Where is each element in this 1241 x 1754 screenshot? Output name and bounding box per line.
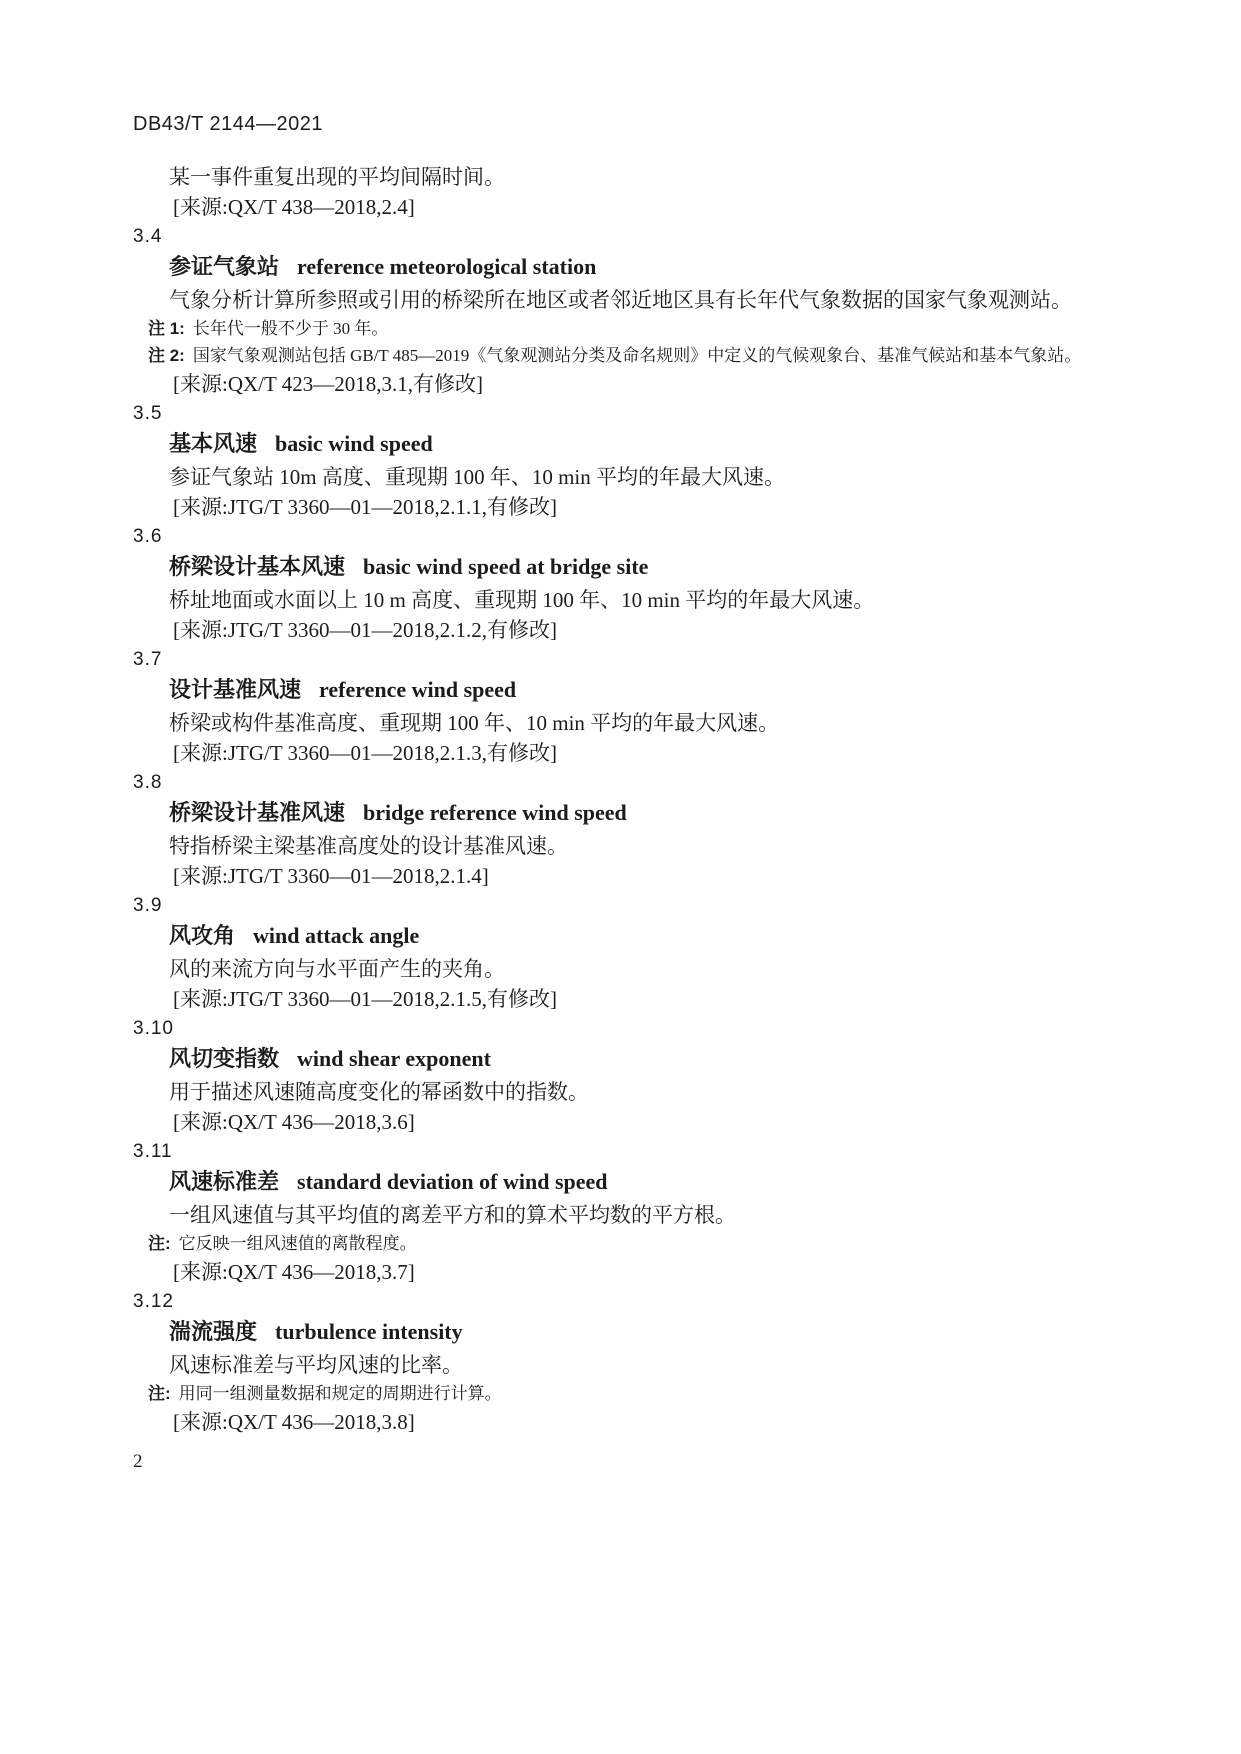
term-heading: 设计基准风速reference wind speed xyxy=(169,675,1133,708)
term-definition: 风速标准差与平均风速的比率。 xyxy=(169,1350,1133,1380)
term-english: wind attack angle xyxy=(253,923,419,948)
term-entry-3-12: 3.12 湍流强度turbulence intensity 风速标准差与平均风速… xyxy=(133,1287,1133,1437)
note-text: 它反映一组风速值的离散程度。 xyxy=(179,1234,417,1253)
clause-number: 3.4 xyxy=(133,222,1133,252)
note-text: 长年代一般不少于 30 年。 xyxy=(193,319,389,338)
term-entry-3-6: 3.6 桥梁设计基本风速basic wind speed at bridge s… xyxy=(133,522,1133,645)
clause-number: 3.8 xyxy=(133,768,1133,798)
intro-definition: 某一事件重复出现的平均间隔时间。 xyxy=(169,162,1133,192)
source-citation: [来源:QX/T 436—2018,3.6] xyxy=(173,1107,1133,1137)
page-number: 2 xyxy=(133,1449,1133,1475)
term-heading: 参证气象站reference meteorological station xyxy=(169,252,1133,285)
term-english: basic wind speed at bridge site xyxy=(363,554,648,579)
term-entry-3-11: 3.11 风速标准差standard deviation of wind spe… xyxy=(133,1137,1133,1287)
term-entry-3-8: 3.8 桥梁设计基准风速bridge reference wind speed … xyxy=(133,768,1133,891)
term-chinese: 风切变指数 xyxy=(169,1046,279,1071)
intro-source-citation: [来源:QX/T 438—2018,2.4] xyxy=(173,192,1133,222)
term-entry-3-7: 3.7 设计基准风速reference wind speed 桥梁或构件基准高度… xyxy=(133,645,1133,768)
clause-number: 3.11 xyxy=(133,1137,1133,1167)
term-english: bridge reference wind speed xyxy=(363,800,627,825)
term-english: standard deviation of wind speed xyxy=(297,1169,608,1194)
source-citation: [来源:QX/T 436—2018,3.7] xyxy=(173,1257,1133,1287)
term-entry-3-10: 3.10 风切变指数wind shear exponent 用于描述风速随高度变… xyxy=(133,1014,1133,1137)
term-english: wind shear exponent xyxy=(297,1046,491,1071)
term-chinese: 桥梁设计基准风速 xyxy=(169,800,345,825)
note-text: 用同一组测量数据和规定的周期进行计算。 xyxy=(179,1384,502,1403)
term-definition: 气象分析计算所参照或引用的桥梁所在地区或者邻近地区具有长年代气象数据的国家气象观… xyxy=(169,285,1133,315)
clause-number: 3.5 xyxy=(133,399,1133,429)
term-heading: 基本风速basic wind speed xyxy=(169,429,1133,462)
term-heading: 风攻角wind attack angle xyxy=(169,921,1133,954)
note-label: 注: xyxy=(148,1234,171,1253)
term-definition: 桥址地面或水面以上 10 m 高度、重现期 100 年、10 min 平均的年最… xyxy=(169,585,1133,615)
term-heading: 风切变指数wind shear exponent xyxy=(169,1044,1133,1077)
term-definition: 桥梁或构件基准高度、重现期 100 年、10 min 平均的年最大风速。 xyxy=(169,708,1133,738)
clause-number: 3.9 xyxy=(133,891,1133,921)
term-english: reference meteorological station xyxy=(297,254,596,279)
term-definition: 特指桥梁主梁基准高度处的设计基准风速。 xyxy=(169,831,1133,861)
term-english: basic wind speed xyxy=(275,431,433,456)
note-text: 国家气象观测站包括 GB/T 485—2019《气象观测站分类及命名规则》中定义… xyxy=(193,346,1081,365)
term-definition: 一组风速值与其平均值的离差平方和的算术平均数的平方根。 xyxy=(169,1200,1133,1230)
note: 注 2:国家气象观测站包括 GB/T 485—2019《气象观测站分类及命名规则… xyxy=(148,342,1133,369)
term-chinese: 风攻角 xyxy=(169,923,235,948)
term-chinese: 湍流强度 xyxy=(169,1319,257,1344)
intro-block: 某一事件重复出现的平均间隔时间。 [来源:QX/T 438—2018,2.4] xyxy=(133,162,1133,222)
clause-number: 3.7 xyxy=(133,645,1133,675)
clause-number: 3.12 xyxy=(133,1287,1133,1317)
term-entry-3-4: 3.4 参证气象站reference meteorological statio… xyxy=(133,222,1133,399)
term-definition: 风的来流方向与水平面产生的夹角。 xyxy=(169,954,1133,984)
note-label: 注: xyxy=(148,1384,171,1403)
note: 注 1:长年代一般不少于 30 年。 xyxy=(148,315,1133,342)
note-label: 注 1: xyxy=(148,319,185,338)
note-label: 注 2: xyxy=(148,346,185,365)
term-heading: 湍流强度turbulence intensity xyxy=(169,1317,1133,1350)
term-chinese: 参证气象站 xyxy=(169,254,279,279)
term-heading: 桥梁设计基本风速basic wind speed at bridge site xyxy=(169,552,1133,585)
standard-code-header: DB43/T 2144—2021 xyxy=(133,112,1133,136)
source-citation: [来源:JTG/T 3360—01—2018,2.1.2,有修改] xyxy=(173,615,1133,645)
term-chinese: 桥梁设计基本风速 xyxy=(169,554,345,579)
term-entry-3-9: 3.9 风攻角wind attack angle 风的来流方向与水平面产生的夹角… xyxy=(133,891,1133,1014)
term-english: reference wind speed xyxy=(319,677,516,702)
source-citation: [来源:QX/T 436—2018,3.8] xyxy=(173,1407,1133,1437)
term-entry-3-5: 3.5 基本风速basic wind speed 参证气象站 10m 高度、重现… xyxy=(133,399,1133,522)
note: 注:它反映一组风速值的离散程度。 xyxy=(148,1230,1133,1257)
note: 注:用同一组测量数据和规定的周期进行计算。 xyxy=(148,1380,1133,1407)
source-citation: [来源:JTG/T 3360—01—2018,2.1.3,有修改] xyxy=(173,738,1133,768)
term-english: turbulence intensity xyxy=(275,1319,463,1344)
term-definition: 用于描述风速随高度变化的幂函数中的指数。 xyxy=(169,1077,1133,1107)
term-chinese: 设计基准风速 xyxy=(169,677,301,702)
clause-number: 3.6 xyxy=(133,522,1133,552)
term-heading: 桥梁设计基准风速bridge reference wind speed xyxy=(169,798,1133,831)
term-heading: 风速标准差standard deviation of wind speed xyxy=(169,1167,1133,1200)
term-chinese: 风速标准差 xyxy=(169,1169,279,1194)
source-citation: [来源:JTG/T 3360—01—2018,2.1.1,有修改] xyxy=(173,492,1133,522)
term-definition: 参证气象站 10m 高度、重现期 100 年、10 min 平均的年最大风速。 xyxy=(169,462,1133,492)
document-page: DB43/T 2144—2021 某一事件重复出现的平均间隔时间。 [来源:QX… xyxy=(0,0,1241,1754)
source-citation: [来源:QX/T 423—2018,3.1,有修改] xyxy=(173,369,1133,399)
term-chinese: 基本风速 xyxy=(169,431,257,456)
source-citation: [来源:JTG/T 3360—01—2018,2.1.4] xyxy=(173,861,1133,891)
source-citation: [来源:JTG/T 3360—01—2018,2.1.5,有修改] xyxy=(173,984,1133,1014)
clause-number: 3.10 xyxy=(133,1014,1133,1044)
